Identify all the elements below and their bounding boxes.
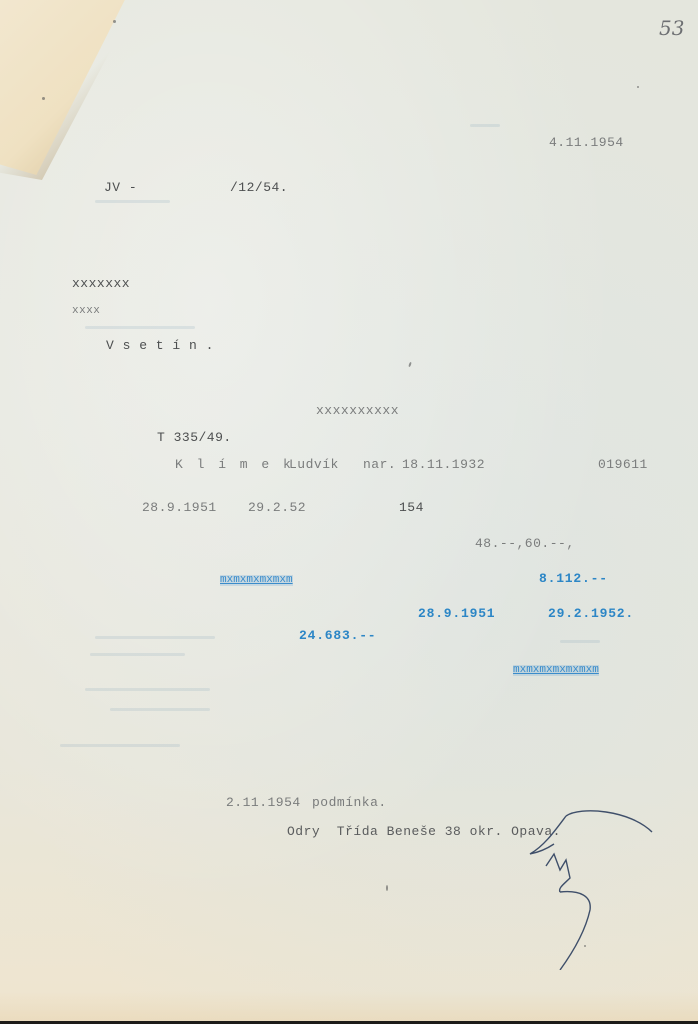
period-from: 28.9.1951	[142, 501, 217, 514]
bleed-through-mark	[560, 640, 600, 643]
folded-corner	[0, 0, 130, 175]
bleed-through-mark	[85, 326, 195, 329]
bleed-through-mark	[95, 200, 170, 203]
birth-date: 18.11.1932	[402, 458, 485, 471]
bleed-through-mark	[95, 636, 215, 639]
person-first-name: Ludvík	[289, 458, 339, 471]
amount-1: 8.112.--	[539, 572, 608, 585]
case-number: T 335/49.	[157, 431, 232, 444]
document-page: 53 4.11.1954 JV - /12/54. xxxxxxx xxxx V…	[0, 0, 698, 1021]
paper-speck	[386, 885, 388, 891]
bleed-through-mark	[60, 744, 180, 747]
bleed-through-mark	[470, 124, 500, 127]
reference-number: /12/54.	[230, 181, 288, 194]
paper-speck	[408, 362, 412, 367]
footer-note: podmínka.	[312, 796, 387, 809]
footer-date: 2.11.1954	[226, 796, 301, 809]
struck-out-text-1: mxmxmxmxmxm	[220, 575, 293, 586]
struck-out-text-2: mxmxmxmxmxmxm	[513, 665, 599, 676]
paper-speck	[113, 20, 116, 23]
recipient-city: V s e t í n .	[106, 339, 214, 352]
paper-speck	[637, 86, 639, 88]
bleed-through-mark	[90, 653, 185, 656]
document-date: 4.11.1954	[549, 136, 624, 149]
handwritten-page-number: 53	[659, 16, 684, 40]
birth-label: nar.	[363, 458, 396, 471]
reference-prefix: JV -	[104, 181, 137, 194]
paper-edge	[0, 991, 698, 1021]
amount-2: 24.683.--	[299, 629, 376, 642]
bleed-through-mark	[85, 688, 210, 691]
recipient-line-2: xxxx	[72, 306, 100, 317]
paper-speck	[42, 97, 45, 100]
blue-date-from: 28.9.1951	[418, 607, 495, 620]
blue-date-to: 29.2.1952.	[548, 607, 634, 620]
recipient-line-1: xxxxxxx	[72, 277, 130, 290]
subject-redacted: xxxxxxxxxx	[316, 404, 399, 417]
id-number: 019611	[598, 458, 648, 471]
person-surname: K l í m e k	[175, 458, 294, 471]
rates: 48.--,60.--,	[475, 537, 575, 550]
period-count: 154	[399, 501, 424, 514]
period-to: 29.2.52	[248, 501, 306, 514]
handwritten-signature	[520, 810, 670, 970]
bleed-through-mark	[110, 708, 210, 711]
